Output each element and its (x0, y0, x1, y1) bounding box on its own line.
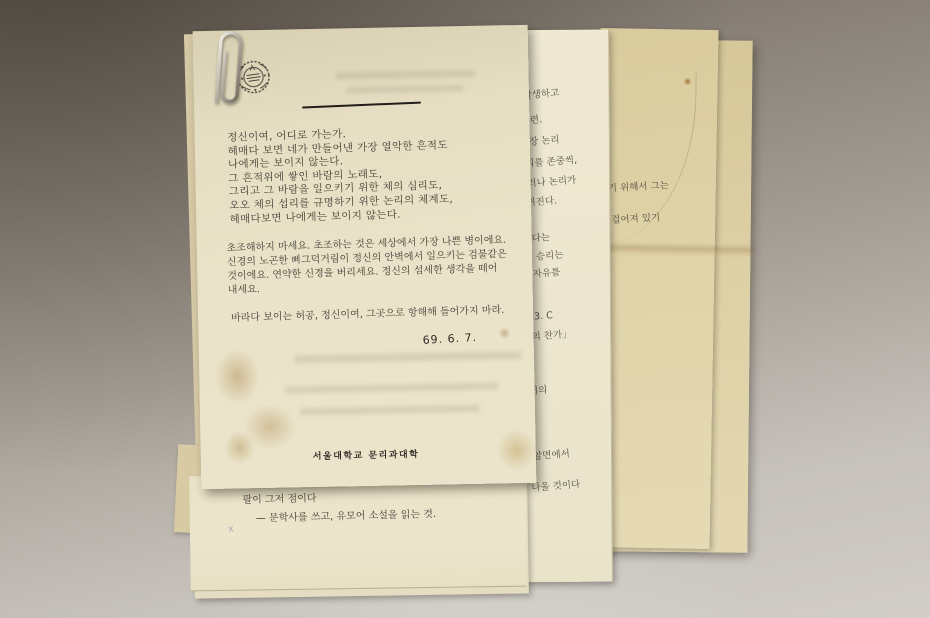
paper-stain (498, 327, 510, 339)
bleed-through (300, 405, 480, 415)
ink-divider-line (302, 102, 421, 109)
advice-block: 초조해하지 마세요. 초조하는 것은 세상에서 가장 나쁜 병이에요. 신경의 … (226, 234, 507, 298)
ink-spot-stain (684, 77, 692, 85)
note-page: 팔이 그저 점이다 — 문학사를 쓰고, 유모어 소설을 읽는 것. x (189, 472, 527, 592)
torn-edge (597, 242, 754, 258)
handwritten-fragment: 걸어져 있기 (611, 209, 661, 226)
pencil-x-mark: x (227, 523, 235, 535)
bleed-through (335, 70, 475, 80)
closing-line: 바라다 보이는 허공, 정신이여, 그곳으로 항해해 들어가지 마라. (231, 304, 505, 326)
paper-stain (224, 430, 255, 465)
bleed-through (346, 85, 464, 93)
handwritten-fragment: 자유를 (532, 264, 561, 280)
bleed-through (284, 382, 498, 393)
letterhead-print: 서울대학교 문리과대학 (313, 447, 420, 462)
paper-stain (496, 429, 536, 472)
poem-block: 정신이여, 어디로 가는가. 헤매다 보면 네가 만들어낸 가장 열악한 흔적도… (227, 125, 454, 227)
date-written: 69. 6. 7. (422, 331, 477, 347)
handwritten-line: — 문학사를 쓰고, 유모어 소설을 읽는 것. (256, 508, 437, 526)
paper-stain (215, 348, 260, 405)
photo-scene: 기 위해서 그는 걸어져 있기 발생하고 훈련. 가장 논리 논리를 존중씩, … (0, 0, 930, 618)
paper-clip (203, 18, 261, 115)
handwritten-fragment: 나올 것이다 (531, 476, 581, 494)
handwritten-line: 팔이 그저 점이다 (242, 492, 316, 507)
handwritten-fragment: 앞면에서 (533, 446, 571, 463)
bleed-through (294, 351, 522, 363)
